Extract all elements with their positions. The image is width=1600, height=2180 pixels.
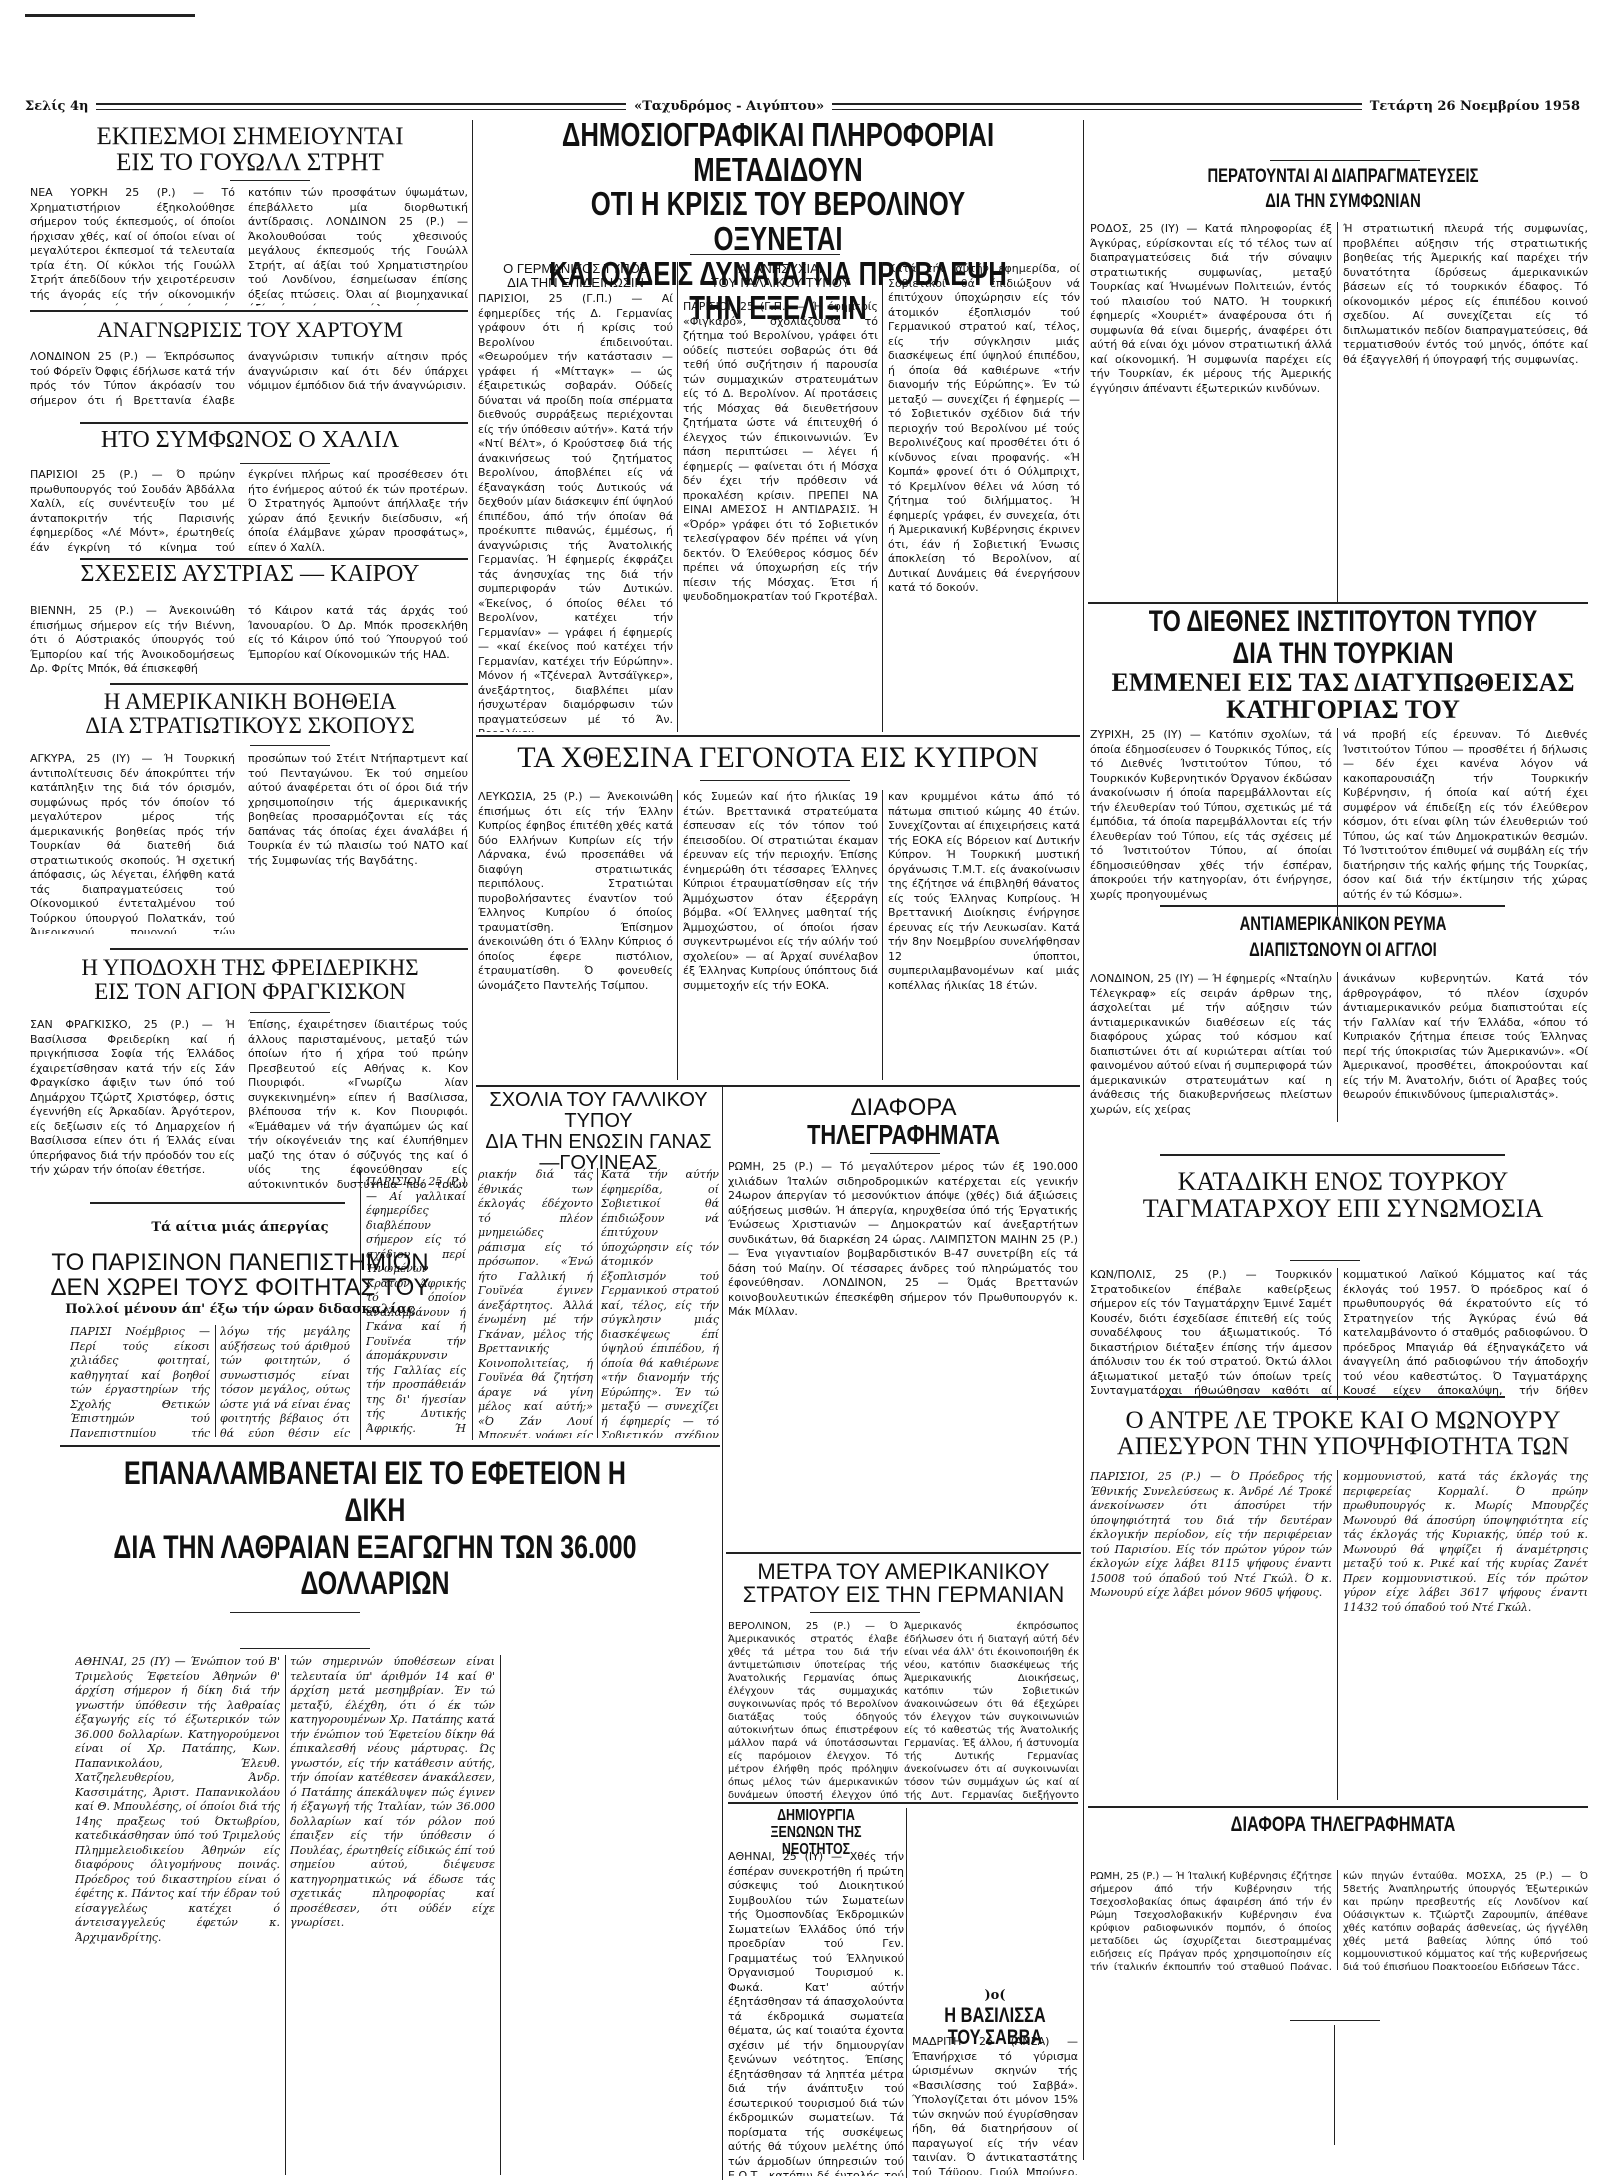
section-rule	[476, 1085, 1080, 1087]
article-text: προσώπων τού Στέιτ Ντήπαρτμεντ καί τού Π…	[248, 752, 468, 934]
column-divider	[500, 1655, 501, 2175]
section-rule	[1160, 1154, 1505, 1156]
section-title: Ο ΓΕΡΜΑΝΙΚΟΣ ΤΥΠΟΣΔΙΑ ΤΗΝ ΕΠΙΔΕΙΝΩΣΙΝ	[478, 262, 673, 289]
column-divider	[1337, 222, 1338, 602]
headline-rule	[1270, 160, 1420, 161]
issue-date: Τετάρτη 26 Νοεμβρίου 1958	[1370, 99, 1580, 114]
column-divider	[1334, 2025, 1335, 2145]
article-text: τών σημερινών ύποθέσεων είναι τελευταία …	[290, 1655, 495, 2175]
column-divider	[285, 1655, 286, 2175]
article-text: ΠΑΡΙΣΙΟΙ, 25 (Γ.Π.) — Αί έφημερίδες τής …	[478, 292, 673, 732]
headline-us-aid: Η ΑΜΕΡΙΚΑΝΙΚΗ ΒΟΗΘΕΙΑΔΙΑ ΣΤΡΑΤΙΩΤΙΚΟΥΣ Σ…	[30, 690, 470, 738]
headline-khartoum: ΑΝΑΓΝΩΡΙΣΙΣ ΤΟΥ ΧΑΡΤΟΥΜ	[30, 318, 470, 341]
article-text	[1339, 2025, 1539, 2145]
article-text: ΡΟΔΟΣ, 25 (ΙΥ) — Κατά πληροφορίας έξ Άγκ…	[1090, 222, 1332, 602]
section-rule	[60, 1445, 720, 1447]
article-text: κομμουνιστού, κατά τάς έκλογάς της περιφ…	[1343, 1470, 1588, 1800]
newspaper-name: «Ταχυδρόμος - Αιγύπτου»	[634, 99, 824, 114]
article-text: ΑΘΗΝΑΙ, 25 (ΙΥ) — Ένώπιον τού Β' Τριμελο…	[75, 1655, 280, 2175]
article-text: έγκρίνει πλήρως καί προσέθεσεν ότι ήτο έ…	[248, 468, 468, 556]
article-text: ΜΑΔΡΙΤΗ 26 (ΑΝΣΑ) — Έπανήρχισε τό γύρισμ…	[912, 2035, 1078, 2175]
headline-ghana-guinea: ΣΧΟΛΙΑ ΤΟΥ ΓΑΛΛΙΚΟΥ ΤΥΠΟΥΔΙΑ ΤΗΝ ΕΝΩΣΙΝ …	[476, 1090, 721, 1174]
separator-ornament: )o(	[910, 1988, 1080, 2003]
article-text: ΛΟΝΔΙΝΟΝ 25 (Ρ.) — Έκπρόσωπος τού Φόρεϊν…	[30, 350, 235, 408]
headline-austria-cairo: ΣΧΕΣΕΙΣ ΑΥΣΤΡΙΑΣ — ΚΑΙΡΟΥ	[30, 562, 470, 587]
section-rule	[110, 948, 468, 950]
column-divider	[882, 262, 883, 732]
section-rule	[80, 558, 468, 560]
column-divider	[215, 1325, 216, 1437]
article-text: ΡΩΜΗ, 25 (Ρ.) — Ή Ίταλική Κυβέρνησις έζή…	[1090, 1870, 1332, 1970]
headline-cyprus: ΤΑ ΧΘΕΣΙΝΑ ΓΕΓΟΝΟΤΑ ΕΙΣ ΚΥΠΡΟΝ	[476, 742, 1080, 774]
article-text: ΒΙΕΝΝΗ, 25 (Ρ.) — Άνεκοινώθη έπισήμως σή…	[30, 604, 235, 676]
top-rule	[25, 14, 195, 17]
column-divider	[677, 262, 678, 732]
column-divider	[360, 1170, 361, 1440]
section-rule	[30, 310, 468, 312]
headline-us-army: ΜΕΤΡΑ ΤΟΥ ΑΜΕΡΙΚΑΝΙΚΟΥΣΤΡΑΤΟΥ ΕΙΣ ΤΗΝ ΓΕ…	[726, 1560, 1081, 1606]
headline-rule	[1290, 2020, 1380, 2021]
article-text: ΚΩΝ/ΠΟΛΙΣ, 25 (Ρ.) — Τουρκικόν Στρατοδικ…	[1090, 1268, 1332, 1400]
section-rule	[80, 422, 468, 424]
article-text: άναγνώρισιν τυπικήν αίτησιν πρός άναγνώρ…	[248, 350, 468, 408]
article-text: ριακήν διά τάς έθνικάς των έκλογάς έδέχο…	[478, 1168, 593, 1438]
article-text: ΠΑΡΙΣΙΟΙ, 25 (Ρ.) — Ό Πρόεδρος τής Έθνικ…	[1090, 1470, 1332, 1800]
headline-wall-street: ΕΚΠΕΣΜΟΙ ΣΗΜΕΙΟΥΝΤΑΙΕΙΣ ΤΟ ΓΟΥΩΛΛ ΣΤΡΗΤ	[30, 124, 470, 177]
headline-frederica: Η ΥΠΟΔΟΧΗ ΤΗΣ ΦΡΕΙΔΕΡΙΚΗΣΕΙΣ ΤΟΝ ΑΓΙΟΝ Φ…	[30, 956, 470, 1004]
headline-rule	[230, 1612, 360, 1613]
headline-rule	[810, 1612, 920, 1613]
headline-us-turkey: ΤΟ ΔΙΕΘΝΕΣ ΙΝΣΤΙΤΟΥΤΟΝ ΤΥΠΟΥ ΔΙΑ ΤΗΝ ΤΟΥ…	[1088, 606, 1598, 724]
article-text	[505, 1655, 717, 2175]
headline-rule	[230, 180, 310, 181]
section-rule	[726, 1552, 1081, 1554]
section-rule	[1088, 602, 1588, 604]
article-text: ΠΑΡΙΣΙΟΙ, 25 (Γ.Π.) — Ή έφημερίς «Φιγκαρ…	[683, 300, 878, 732]
headline-turkish-major: Ο ΑΝΤΡΕ ΛΕ ΤΡΟΚΕ ΚΑΙ Ο ΜΩΝΟΥΡΥΑΠΕΣΥΡΟΝ Τ…	[1088, 1408, 1598, 1461]
column-divider	[1337, 1470, 1338, 1800]
headline-rule	[240, 1648, 370, 1649]
article-text: Κατά τήν αύτήν έφημερίδα, οί Σοβιετικοί …	[888, 262, 1080, 732]
article-text: ΛΕΥΚΩΣΙΑ, 25 (Ρ.) — Άνεκοινώθη έπισήμως …	[478, 790, 673, 1080]
headline-rule	[690, 254, 840, 255]
article-text: ΛΟΝΔΙΝΟΝ, 25 (ΙΥ) — Ή έφημερίς «Νταίηλυ …	[1090, 972, 1332, 1122]
article-text: ΝΕΑ ΥΟΡΚΗ 25 (Ρ.) — Τό Χρηματιστήριον έξ…	[30, 186, 235, 306]
column-divider	[1083, 120, 1084, 2160]
headline-rule	[250, 745, 330, 746]
column-divider	[906, 1808, 907, 2178]
section-rule	[110, 683, 468, 685]
article-text: νά προβή είς έρευναν. Τό Διεθνές Ίνστιτο…	[1343, 728, 1588, 916]
masthead-rule	[832, 103, 1362, 110]
article-text: τό Κάιρον κατά τάς άρχάς τού Ίανουαρίου.…	[248, 604, 468, 676]
headline-rule	[240, 463, 330, 464]
section-rule	[1160, 1396, 1505, 1398]
article-text: ΑΓΚΥΡΑ, 25 (ΙΥ) — Ή Τουρκική άντιπολίτευ…	[30, 752, 235, 934]
article-text: λόγω τής μεγάλης αύξήσεως τού άριθμού τώ…	[220, 1325, 350, 1437]
headline-ipi: ΑΝΤΙΑΜΕΡΙΚΑΝΙΚΟΝ ΡΕΥΜΑΔΙΑΠΙΣΤΩΝΟΥΝ ΟΙ ΑΓ…	[1144, 912, 1542, 963]
column-divider	[1337, 728, 1338, 916]
article-text: καν κρυμμένοι κάτω άπό τό πάτωμα σπιτιού…	[888, 790, 1080, 1080]
column-divider	[472, 120, 473, 1440]
article-text: ΠΑΡΙΣΙΟΙ 25 (Ρ.) — Ό πρώην πρωθυπουργός …	[30, 468, 235, 556]
page-number: Σελίς 4η	[25, 99, 88, 114]
article-text: Ή στρατιωτική πλευρά τής συμφωνίας, προβ…	[1343, 222, 1588, 602]
column-divider	[882, 790, 883, 1080]
article-text: κός Συμεών καί ήτο ήλικίας 19 έτών. Βρετ…	[683, 790, 878, 1080]
headline-rule	[870, 1153, 940, 1154]
article-text: ΒΕΡΟΛΙΝΟΝ, 25 (Ρ.) — Ό Άμερικανικός στρα…	[728, 1620, 898, 1800]
article-text: Άμερικανός έκπρόσωπος έδήλωσεν ότι ή δια…	[904, 1620, 1079, 1800]
column-divider	[677, 790, 678, 1080]
headline-rule	[1290, 1260, 1360, 1261]
article-text: ΣΑΝ ΦΡΑΓΚΙΣΚΟ, 25 (Ρ.) — Ή Βασίλισσα Φρε…	[30, 1018, 235, 1188]
article-text: ΡΩΜΗ, 25 (Ρ.) — Τό μεγαλύτερον μέρος τών…	[728, 1160, 1078, 1540]
section-rule	[90, 1202, 345, 1204]
article-text: κατόπιν τών προσφάτων ύψωμάτων, έπεβάλλε…	[248, 186, 468, 306]
article-text: ΠΑΡΙΣΙ Νοέμβριος — Περί τούς είκοσι χιλι…	[70, 1325, 210, 1437]
section-rule	[728, 1802, 1078, 1804]
headline-rule	[700, 780, 850, 781]
column-divider	[722, 1085, 723, 2180]
article-text: άνικάνων κυβερνητών. Κατά τόν άρθρογράφο…	[1343, 972, 1588, 1122]
article-text	[1125, 2025, 1330, 2145]
article-text: ΑΘΗΝΑΙ, 25 (ΙΥ) — Χθές τήν έσπέραν συνεκ…	[728, 1850, 904, 2176]
section-title: ΑΙ ΑΝΗΣΥΧΙΑΙΤΟΥ ΓΑΛΛΙΚΟΥ ΤΥΠΟΥ	[683, 262, 878, 289]
column-divider	[1337, 972, 1338, 1122]
article-text: ΖΥΡΙΧΗ, 25 (ΙΥ) — Κατόπιν σχολίων, τά όπ…	[1090, 728, 1332, 916]
column-divider	[1337, 1268, 1338, 1400]
section-rule	[1088, 1806, 1588, 1808]
masthead-rule	[96, 103, 626, 110]
article-text: Κατά τήν αύτήν έφημερίδα, οί Σοβιετικοί …	[601, 1168, 719, 1438]
headline-anti-american: ΚΑΤΑΔΙΚΗ ΕΝΟΣ ΤΟΥΡΚΟΥΤΑΓΜΑΤΑΡΧΟΥ ΕΠΙ ΣΥΝ…	[1088, 1168, 1598, 1223]
headline-khalil: ΗΤΟ ΣΥΜΦΩΝΟΣ Ο ΧΑΛΙΛ	[30, 428, 470, 453]
column-divider	[1337, 1870, 1338, 1970]
article-text: ΠΑΡΙΣΙΟΙ, 25 (Ρ.) — Αί γαλλικαί έφημερίδ…	[366, 1175, 466, 1437]
headline-rule	[250, 1012, 330, 1013]
article-text: κομματικού Λαϊκού Κόμματος καί τάς έκλογ…	[1343, 1268, 1588, 1400]
article-text: Έπίσης, έχαιρέτησεν ίδιαιτέρως τούς άλλο…	[248, 1018, 468, 1188]
headline-telegrams-center: ΔΙΑΦΟΡΑΤΗΛΕΓΡΑΦΗΜΑΤΑ	[726, 1095, 1081, 1150]
masthead: Σελίς 4η «Ταχυδρόμος - Αιγύπτου» Τετάρτη…	[25, 96, 1580, 116]
headline-greek-trial: ΠΕΡΑΤΟΥΝΤΑΙ ΑΙ ΔΙΑΠΡΑΓΜΑΤΕΥΣΕΙΣΔΙΑ ΤΗΝ Σ…	[1144, 165, 1542, 214]
headline-antarctic: ΕΠΑΝΑΛΑΜΒΑΝΕΤΑΙ ΕΙΣ ΤΟ ΕΦΕΤΕΙΟΝ Η ΔΙΚΗΔΙ…	[106, 1455, 644, 1602]
column-divider	[597, 1168, 598, 1438]
headline-trocquer: ΔΙΑΦΟΡΑ ΤΗΛΕΓΡΑΦΗΜΑΤΑ	[1144, 1812, 1542, 1837]
section-rule	[1160, 905, 1505, 907]
section-rule	[476, 735, 1080, 737]
article-text: κών πηγών ένταύθα. ΜΟΣΧΑ, 25 (Ρ.) — Ό 58…	[1343, 1870, 1588, 1970]
